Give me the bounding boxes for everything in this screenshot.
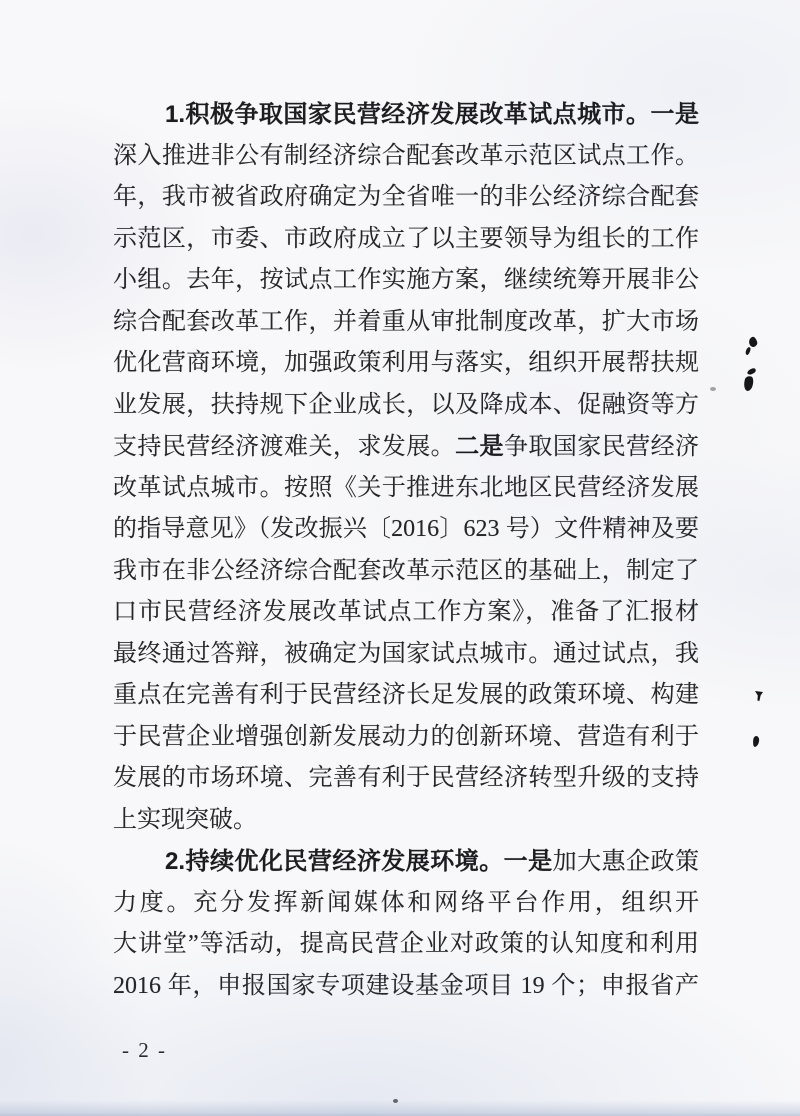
text-line: 我市在非公经济综合配套改革示范区的基础上，制定了《营 xyxy=(113,551,699,593)
text-run: 口市民营经济发展改革试点工作方案》，准备了汇报材料， xyxy=(113,599,699,634)
text-run: 支持民营经济渡难关，求发展。 xyxy=(113,434,455,460)
bold-text-run: 二是 xyxy=(455,433,504,460)
text-run: 业发展，扶持规下企业成长，以及降成本、促融资等方面， xyxy=(113,392,699,427)
text-line: 于民营企业增强创新发展动力的创新环境、营造有利于公平 xyxy=(113,717,699,759)
text-line: 示范区，市委、市政府成立了以主要领导为组长的工作领导 xyxy=(113,219,699,261)
text-line: 重点在完善有利于民营经济长足发展的政策环境、构建有利 xyxy=(113,675,699,717)
bold-text-run: 2.持续优化民营经济发展环境。一是 xyxy=(165,848,553,875)
text-run: 发展的市场环境、完善有利于民营经济转型升级的支持举措 xyxy=(113,765,699,800)
text-line: 改革试点城市。按照《关于推进东北地区民营经济发展改革 xyxy=(113,468,699,510)
text-line: 支持民营经济渡难关，求发展。二是争取国家民营经济发展 xyxy=(113,426,699,468)
text-line: 上实现突破。 xyxy=(113,800,699,842)
text-run: 优化营商环境，加强政策利用与落实，组织开展帮扶规上企 xyxy=(113,350,699,385)
text-line: 业发展，扶持规下企业成长，以及降成本、促融资等方面， xyxy=(113,385,699,427)
paragraph-2: 2.持续优化民营经济发展环境。一是加大惠企政策宣传力度。充分发挥新闻媒体和网络平… xyxy=(113,841,699,1007)
text-run: 2016 年，申报国家专项建设基金项目 19 个；申报省产业引 xyxy=(113,973,699,1008)
text-run: 我市在非公经济综合配套改革示范区的基础上，制定了《营 xyxy=(113,558,699,593)
ink-speck xyxy=(755,691,763,701)
text-run: 于民营企业增强创新发展动力的创新环境、营造有利于公平 xyxy=(113,724,699,759)
text-line: 最终通过答辩，被确定为国家试点城市。通过试点，我市将 xyxy=(113,634,699,676)
text-run: 力度。充分发挥新闻媒体和网络平台作用，组织开展“政策 xyxy=(113,890,699,925)
text-run: 小组。去年，按试点工作实施方案，继续统筹开展非公经济 xyxy=(113,267,699,302)
text-run: 年，我市被省政府确定为全省唯一的非公经济综合配套改革 xyxy=(113,184,699,219)
text-run: 的指导意见》（发改振兴〔2016〕623 号）文件精神及要求， xyxy=(113,516,699,551)
text-line: 的指导意见》（发改振兴〔2016〕623 号）文件精神及要求， xyxy=(113,509,699,551)
text-run: 重点在完善有利于民营经济长足发展的政策环境、构建有利 xyxy=(113,682,699,717)
ink-speck xyxy=(752,736,759,748)
ink-speck xyxy=(746,367,756,375)
text-run: 大讲堂”等活动，提高民营企业对政策的认知度和利用率。 xyxy=(113,931,699,966)
text-run: 上实现突破。 xyxy=(113,807,257,833)
text-line: 年，我市被省政府确定为全省唯一的非公经济综合配套改革 xyxy=(113,177,699,219)
text-run: 最终通过答辩，被确定为国家试点城市。通过试点，我市将 xyxy=(113,641,699,676)
text-line: 深入推进非公有制经济综合配套改革示范区试点工作。2014 xyxy=(113,136,699,178)
page-number: - 2 - xyxy=(122,1038,167,1063)
scan-edge-shadow xyxy=(0,1100,800,1116)
text-line: 优化营商环境，加强政策利用与落实，组织开展帮扶规上企 xyxy=(113,343,699,385)
text-line: 1.积极争取国家民营经济发展改革试点城市。一是继续 xyxy=(113,94,699,136)
text-line: 口市民营经济发展改革试点工作方案》，准备了汇报材料， xyxy=(113,592,699,634)
text-run: 示范区，市委、市政府成立了以主要领导为组长的工作领导 xyxy=(113,226,699,261)
text-line: 大讲堂”等活动，提高民营企业对政策的认知度和利用率。 xyxy=(113,924,699,966)
text-run: 深入推进非公有制经济综合配套改革示范区试点工作。2014 xyxy=(113,143,699,178)
text-line: 发展的市场环境、完善有利于民营经济转型升级的支持举措 xyxy=(113,758,699,800)
text-line: 力度。充分发挥新闻媒体和网络平台作用，组织开展“政策 xyxy=(113,883,699,925)
text-line: 2016 年，申报国家专项建设基金项目 19 个；申报省产业引 xyxy=(113,966,699,1008)
bold-text-run: 1.积极争取国家民营经济发展改革试点城市。一是 xyxy=(165,101,699,128)
paragraph-1: 1.积极争取国家民营经济发展改革试点城市。一是继续深入推进非公有制经济综合配套改… xyxy=(113,94,699,841)
ink-speck xyxy=(745,347,752,356)
text-line: 综合配套改革工作，并着重从审批制度改革，扩大市场准入， xyxy=(113,302,699,344)
text-line: 2.持续优化民营经济发展环境。一是加大惠企政策宣传 xyxy=(113,841,699,883)
ink-speck xyxy=(742,375,754,392)
ink-speck xyxy=(710,387,716,391)
text-line: 小组。去年，按试点工作实施方案，继续统筹开展非公经济 xyxy=(113,260,699,302)
document-page: 1.积极争取国家民营经济发展改革试点城市。一是继续深入推进非公有制经济综合配套改… xyxy=(0,0,800,1116)
document-body: 1.积极争取国家民营经济发展改革试点城市。一是继续深入推进非公有制经济综合配套改… xyxy=(113,94,699,1007)
text-run: 改革试点城市。按照《关于推进东北地区民营经济发展改革 xyxy=(113,475,699,510)
ink-speck xyxy=(748,336,759,348)
text-run: 综合配套改革工作，并着重从审批制度改革，扩大市场准入， xyxy=(113,309,699,344)
